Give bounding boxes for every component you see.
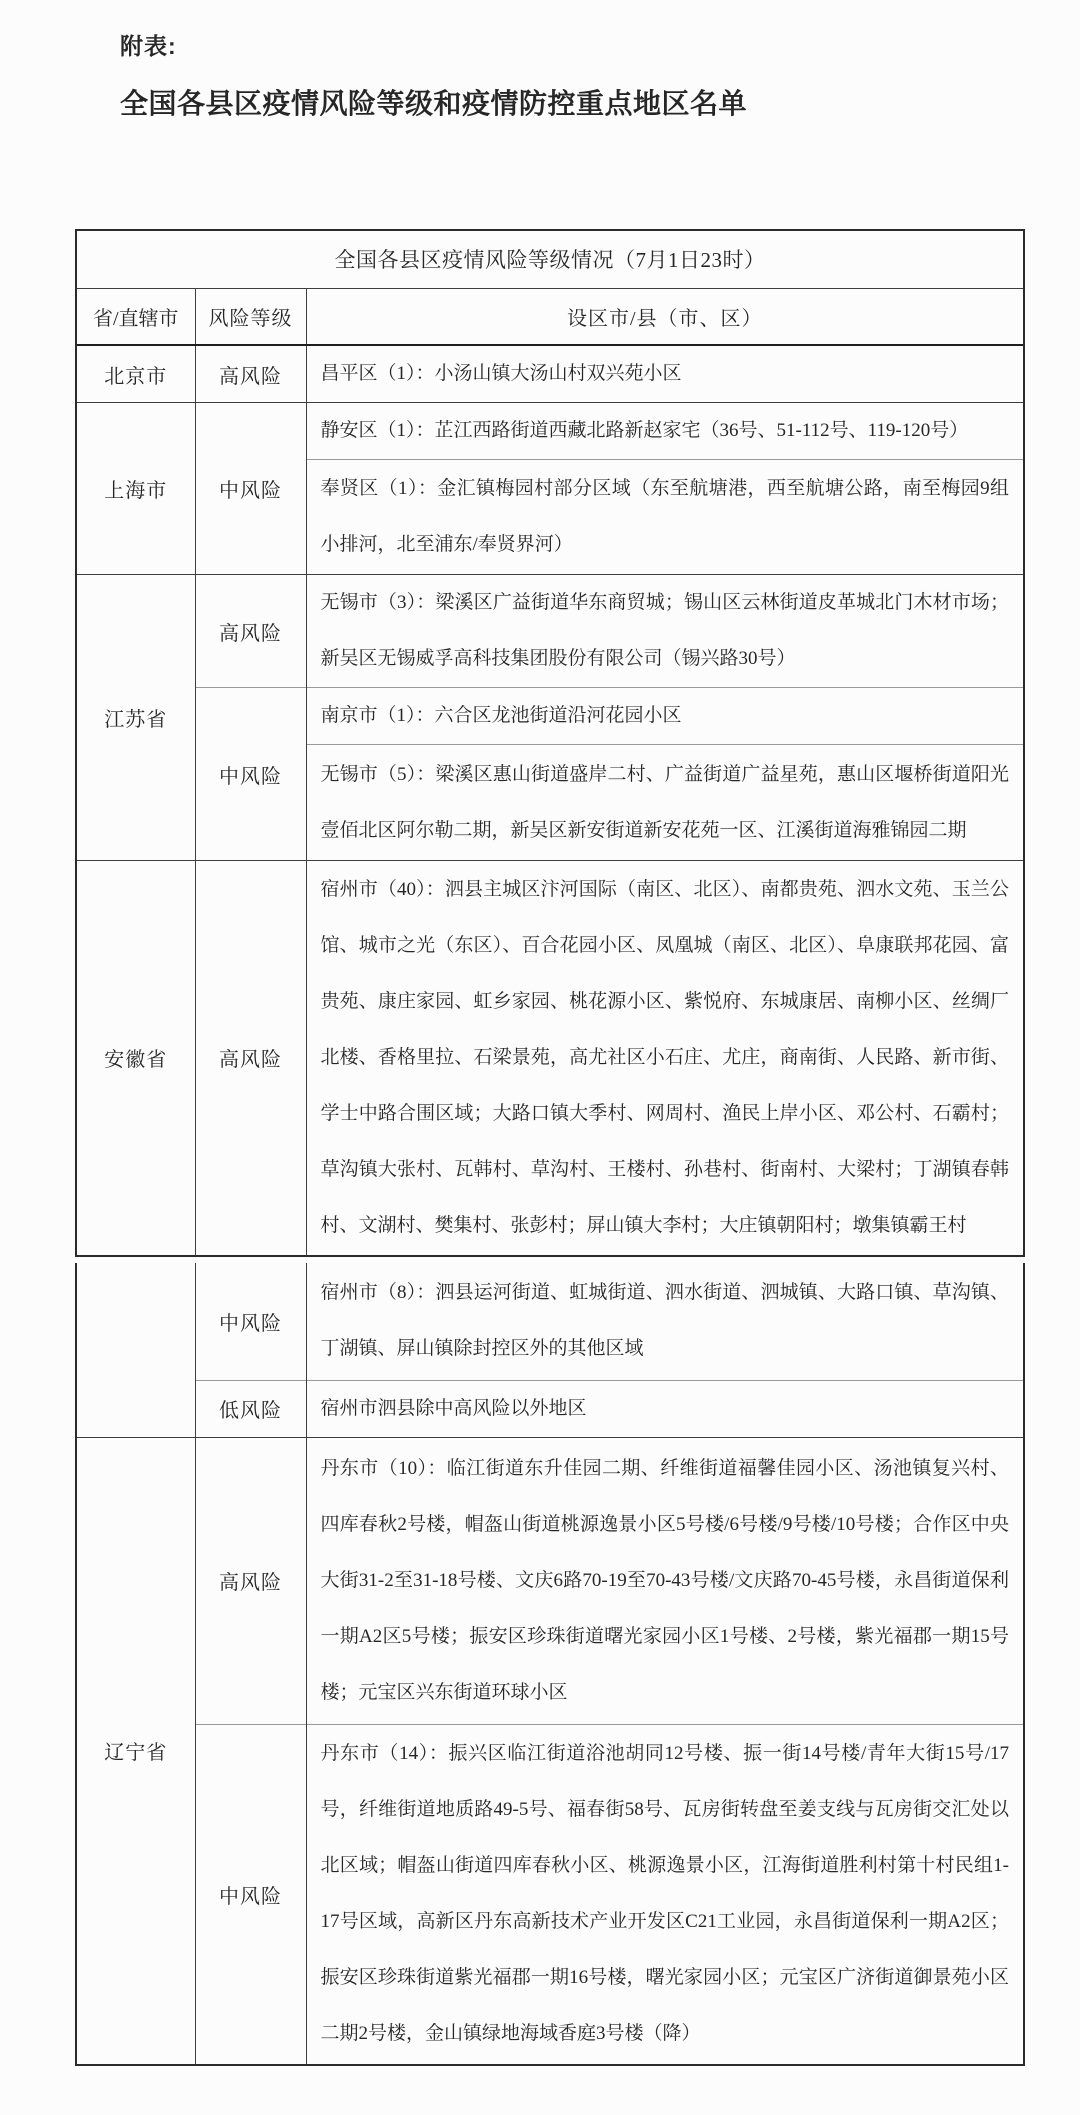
risk-level-cell: 中风险: [195, 1724, 306, 2064]
table-row: 低风险 宿州市泗县除中高风险以外地区: [77, 1380, 1023, 1437]
column-header-risk-level: 风险等级: [195, 288, 306, 345]
document-title: 全国各县区疫情风险等级和疫情防控重点地区名单: [120, 82, 747, 122]
risk-table-segment-1: 全国各县区疫情风险等级情况（7月1日23时） 省/直辖市 风险等级 设区市/县（…: [75, 229, 1025, 1257]
district-list-cell: 奉贤区（1）：金汇镇梅园村部分区域（东至航塘港，西至航塘公路，南至梅园9组小排河…: [306, 460, 1023, 575]
column-header-district: 设区市/县（市、区）: [306, 288, 1023, 345]
district-list-cell: 无锡市（3）：梁溪区广益街道华东商贸城；锡山区云林街道皮革城北门木材市场；新吴区…: [306, 575, 1023, 688]
province-cell: 上海市: [77, 403, 195, 575]
risk-level-cell: 高风险: [195, 345, 306, 403]
district-list-cell: 丹东市（14）：振兴区临江街道浴池胡同12号楼、振一街14号楼/青年大街15号/…: [306, 1724, 1023, 2064]
table-row: 江苏省 高风险 无锡市（3）：梁溪区广益街道华东商贸城；锡山区云林街道皮革城北门…: [77, 575, 1023, 688]
district-list-cell: 昌平区（1）：小汤山镇大汤山村双兴苑小区: [306, 345, 1023, 403]
district-list-cell: 无锡市（5）：梁溪区惠山街道盛岸二村、广益街道广益星苑，惠山区堰桥街道阳光壹佰北…: [306, 745, 1023, 861]
district-list-cell: 宿州市（8）：泗县运河街道、虹城街道、泗水街道、泗城镇、大路口镇、草沟镇、丁湖镇…: [306, 1263, 1023, 1380]
risk-level-cell: 中风险: [195, 688, 306, 861]
risk-level-cell: 中风险: [195, 403, 306, 575]
risk-level-cell: 高风险: [195, 1437, 306, 1724]
document-page: 附表: 全国各县区疫情风险等级和疫情防控重点地区名单 全国各县区疫情风险等级情况…: [0, 0, 1080, 2115]
district-list-cell: 丹东市（10）：临江街道东升佳园二期、纤维街道福馨佳园小区、汤池镇复兴村、四库春…: [306, 1437, 1023, 1724]
risk-table-part-1: 全国各县区疫情风险等级情况（7月1日23时） 省/直辖市 风险等级 设区市/县（…: [77, 231, 1023, 1255]
risk-level-cell: 中风险: [195, 1263, 306, 1380]
table-row: 安徽省 高风险 宿州市（40）：泗县主城区汴河国际（南区、北区）、南都贵苑、泗水…: [77, 861, 1023, 1255]
table-row: 辽宁省 高风险 丹东市（10）：临江街道东升佳园二期、纤维街道福馨佳园小区、汤池…: [77, 1437, 1023, 1724]
province-cell: 安徽省: [77, 861, 195, 1255]
risk-level-cell: 高风险: [195, 575, 306, 688]
table-row: 中风险 丹东市（14）：振兴区临江街道浴池胡同12号楼、振一街14号楼/青年大街…: [77, 1724, 1023, 2064]
province-cell: 辽宁省: [77, 1437, 195, 2064]
province-cell: 江苏省: [77, 575, 195, 861]
table-caption: 全国各县区疫情风险等级情况（7月1日23时）: [77, 231, 1023, 288]
district-list-cell: 南京市（1）：六合区龙池街道沿河花园小区: [306, 688, 1023, 745]
risk-table-part-2: 中风险 宿州市（8）：泗县运河街道、虹城街道、泗水街道、泗城镇、大路口镇、草沟镇…: [77, 1263, 1023, 2064]
appendix-label: 附表:: [120, 28, 177, 61]
table-row: 上海市 中风险 静安区（1）：芷江西路街道西藏北路新赵家宅（36号、51-112…: [77, 403, 1023, 460]
province-cell: 北京市: [77, 345, 195, 403]
risk-level-cell: 高风险: [195, 861, 306, 1255]
table-row: 北京市 高风险 昌平区（1）：小汤山镇大汤山村双兴苑小区: [77, 345, 1023, 403]
district-list-cell: 宿州市（40）：泗县主城区汴河国际（南区、北区）、南都贵苑、泗水文苑、玉兰公馆、…: [306, 861, 1023, 1255]
risk-table-segment-2: 中风险 宿州市（8）：泗县运河街道、虹城街道、泗水街道、泗城镇、大路口镇、草沟镇…: [75, 1263, 1025, 2066]
risk-level-cell: 低风险: [195, 1380, 306, 1437]
province-cell: [77, 1263, 195, 1437]
table-row: 中风险 南京市（1）：六合区龙池街道沿河花园小区: [77, 688, 1023, 745]
table-row: 中风险 宿州市（8）：泗县运河街道、虹城街道、泗水街道、泗城镇、大路口镇、草沟镇…: [77, 1263, 1023, 1380]
district-list-cell: 静安区（1）：芷江西路街道西藏北路新赵家宅（36号、51-112号、119-12…: [306, 403, 1023, 460]
district-list-cell: 宿州市泗县除中高风险以外地区: [306, 1380, 1023, 1437]
column-header-province: 省/直辖市: [77, 288, 195, 345]
